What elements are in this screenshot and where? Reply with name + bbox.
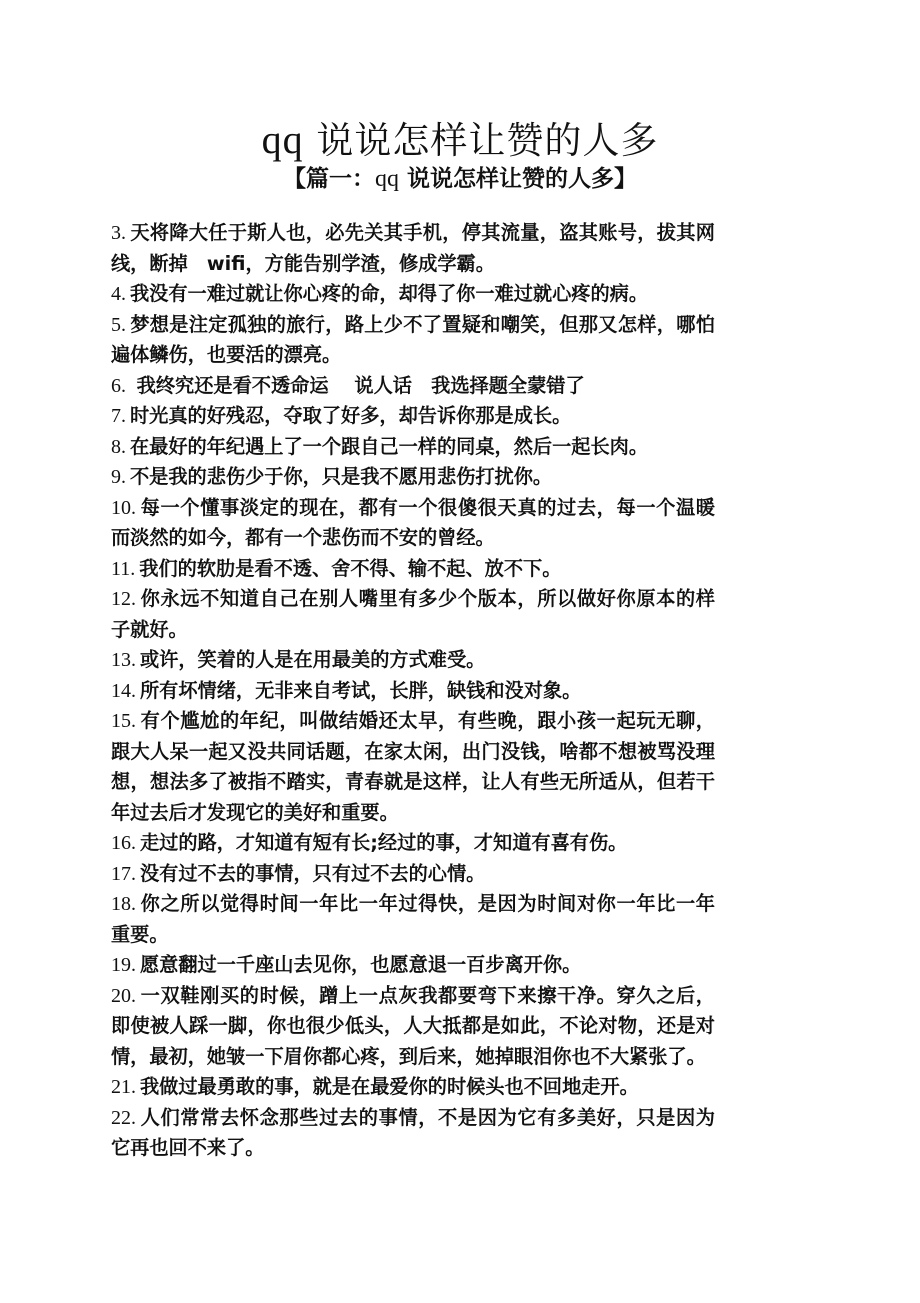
quote-list: 3.天将降大任于斯人也，必先关其手机，停其流量，盗其账号，拔其网线，断掉 wif… — [111, 218, 715, 1194]
list-item: 5.梦想是注定孤独的旅行，路上少不了置疑和嘲笑，但那又怎样，哪怕遍体鳞伤，也要活… — [111, 310, 715, 371]
list-item: 13.或许，笑着的人是在用最美的方式难受。 — [111, 645, 715, 676]
list-item: 14.所有坏情绪，无非来自考试，长胖，缺钱和没对象。 — [111, 676, 715, 707]
item-number: 21. — [111, 1076, 136, 1098]
item-number: 17. — [111, 863, 136, 885]
item-number: 22. — [111, 1107, 136, 1129]
item-text: 我终究还是看不透命运 说人话 我选择题全蒙错了 — [130, 374, 585, 397]
list-item — [111, 1164, 715, 1195]
item-text: 我做过最勇敢的事，就是在最爱你的时候头也不回地走开。 — [140, 1075, 639, 1098]
list-item: 7.时光真的好残忍，夺取了好多，却告诉你那是成长。 — [111, 401, 715, 432]
item-text: 你永远不知道自己在别人嘴里有多少个版本，所以做好你原本的样子就好。 — [111, 587, 715, 641]
item-text: 愿意翻过一千座山去见你，也愿意退一百步离开你。 — [140, 953, 581, 976]
list-item: 12.你永远不知道自己在别人嘴里有多少个版本，所以做好你原本的样子就好。 — [111, 584, 715, 645]
item-text: 我们的软肋是看不透、舍不得、输不起、放不下。 — [139, 557, 561, 580]
list-item: 6. 我终究还是看不透命运 说人话 我选择题全蒙错了 — [111, 371, 715, 402]
item-number: 8. — [111, 436, 126, 458]
item-text: 有个尴尬的年纪，叫做结婚还太早，有些晚，跟小孩一起玩无聊，跟大人呆一起又没共同话… — [111, 709, 715, 824]
list-item: 18.你之所以觉得时间一年比一年过得快，是因为时间对你一年比一年重要。 — [111, 889, 715, 950]
item-number: 18. — [111, 893, 136, 915]
item-text: 或许，笑着的人是在用最美的方式难受。 — [140, 648, 485, 671]
item-number: 10. — [111, 497, 136, 519]
list-item: 3.天将降大任于斯人也，必先关其手机，停其流量，盗其账号，拔其网线，断掉 wif… — [111, 218, 715, 279]
item-number: 11. — [111, 558, 135, 580]
list-item: 20.一双鞋刚买的时候，蹭上一点灰我都要弯下来擦干净。穿久之后，即使被人踩一脚，… — [111, 981, 715, 1073]
list-item: 19.愿意翻过一千座山去见你，也愿意退一百步离开你。 — [111, 950, 715, 981]
item-number: 19. — [111, 954, 136, 976]
title-latin: qq — [262, 117, 304, 162]
document-page: qq 说说怎样让赞的人多 【篇一：qq 说说怎样让赞的人多】 3.天将降大任于斯… — [0, 0, 920, 1303]
list-item: 17.没有过不去的事情，只有过不去的心情。 — [111, 859, 715, 890]
list-item: 15.有个尴尬的年纪，叫做结婚还太早，有些晚，跟小孩一起玩无聊，跟大人呆一起又没… — [111, 706, 715, 828]
item-text: 没有过不去的事情，只有过不去的心情。 — [140, 862, 485, 885]
item-number: 4. — [111, 283, 126, 305]
item-number: 9. — [111, 466, 126, 488]
item-number: 5. — [111, 314, 126, 336]
list-item: 11.我们的软肋是看不透、舍不得、输不起、放不下。 — [111, 554, 715, 585]
item-number: 12. — [111, 588, 136, 610]
item-text: 我没有一难过就让你心疼的命，却得了你一难过就心疼的病。 — [130, 282, 648, 305]
section-heading-prefix: 【篇一： — [283, 166, 375, 192]
list-item: 10.每一个懂事淡定的现在，都有一个很傻很天真的过去，每一个温暖而淡然的如今，都… — [111, 493, 715, 554]
item-text: 人们常常去怀念那些过去的事情，不是因为它有多美好，只是因为它再也回不来了。 — [111, 1106, 715, 1160]
item-text: 所有坏情绪，无非来自考试，长胖，缺钱和没对象。 — [140, 679, 581, 702]
list-item: 8.在最好的年纪遇上了一个跟自己一样的同桌，然后一起长肉。 — [111, 432, 715, 463]
item-text: 你之所以觉得时间一年比一年过得快，是因为时间对你一年比一年重要。 — [111, 892, 715, 946]
list-item: 16.走过的路，才知道有短有长;经过的事，才知道有喜有伤。 — [111, 828, 715, 859]
item-number: 15. — [111, 710, 136, 732]
list-item: 9.不是我的悲伤少于你，只是我不愿用悲伤打扰你。 — [111, 462, 715, 493]
list-item: 21.我做过最勇敢的事，就是在最爱你的时候头也不回地走开。 — [111, 1072, 715, 1103]
item-text: 梦想是注定孤独的旅行，路上少不了置疑和嘲笑，但那又怎样，哪怕遍体鳞伤，也要活的漂… — [111, 313, 715, 367]
section-heading-latin: qq — [375, 166, 399, 192]
section-heading: 【篇一：qq 说说怎样让赞的人多】 — [0, 163, 920, 195]
item-number: 7. — [111, 405, 126, 427]
item-number: 13. — [111, 649, 136, 671]
item-text: 每一个懂事淡定的现在，都有一个很傻很天真的过去，每一个温暖而淡然的如今，都有一个… — [111, 496, 715, 550]
section-heading-chinese: 说说怎样让赞的人多】 — [399, 166, 637, 192]
item-number: 6. — [111, 375, 126, 397]
item-number: 14. — [111, 680, 136, 702]
item-text: 在最好的年纪遇上了一个跟自己一样的同桌，然后一起长肉。 — [130, 435, 648, 458]
document-title: qq 说说怎样让赞的人多 — [0, 117, 920, 164]
item-text: 天将降大任于斯人也，必先关其手机，停其流量，盗其账号，拔其网线，断掉 wifi，… — [111, 221, 715, 275]
item-text: 时光真的好残忍，夺取了好多，却告诉你那是成长。 — [130, 404, 571, 427]
item-text: 一双鞋刚买的时候，蹭上一点灰我都要弯下来擦干净。穿久之后，即使被人踩一脚，你也很… — [111, 984, 715, 1068]
list-item: 4.我没有一难过就让你心疼的命，却得了你一难过就心疼的病。 — [111, 279, 715, 310]
item-number: 20. — [111, 985, 136, 1007]
list-item: 22.人们常常去怀念那些过去的事情，不是因为它有多美好，只是因为它再也回不来了。 — [111, 1103, 715, 1164]
title-chinese: 说说怎样让赞的人多 — [304, 119, 659, 162]
item-number: 3. — [111, 222, 126, 244]
item-number: 16. — [111, 832, 136, 854]
item-text: 不是我的悲伤少于你，只是我不愿用悲伤打扰你。 — [130, 465, 552, 488]
item-text: 走过的路，才知道有短有长;经过的事，才知道有喜有伤。 — [140, 831, 627, 854]
